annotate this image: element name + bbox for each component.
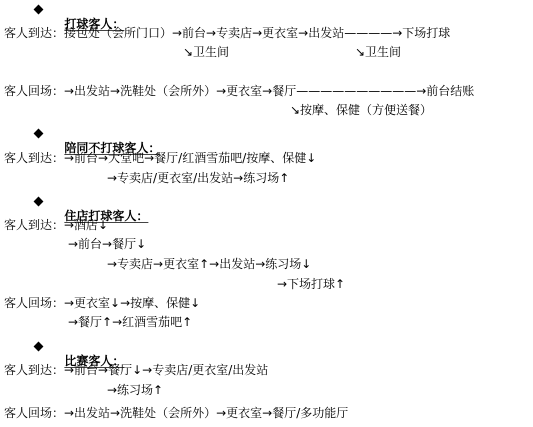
hotel-arrival-flow-2: →前台→餐厅↓	[68, 237, 146, 251]
tournament-arrival-flow-2: →练习场↑	[107, 383, 163, 397]
tournament-return-flow: 客人回场：→出发站→洗鞋处（会所外）→更衣室→餐厅/多功能厅	[4, 406, 348, 420]
hotel-return-flow-1: 客人回场：→更衣室↓→按摩、保健↓	[4, 296, 200, 310]
golf-return-massage-branch: ↘按摩、保健（方便送餐）	[290, 103, 432, 117]
hotel-arrival-flow-4: →下场打球↑	[277, 277, 345, 291]
diamond-bullet-icon	[34, 129, 44, 139]
diamond-bullet-icon	[34, 5, 44, 15]
golf-arrival-restroom-branch-1: ↘卫生间	[183, 45, 229, 59]
diamond-bullet-icon	[34, 342, 44, 352]
golf-return-flow: 客人回场：→出发站→洗鞋处（会所外）→更衣室→餐厅——————————→前台结账	[4, 84, 474, 98]
hotel-return-flow-2: →餐厅↑→红酒雪茄吧↑	[68, 315, 192, 329]
tournament-arrival-flow-1: 客人到达：→前台→餐厅↓→专卖店/更衣室/出发站	[4, 363, 268, 377]
golf-arrival-flow: 客人到达：接包处（会所门口）→前台→专卖店→更衣室→出发站————→下场打球	[4, 26, 450, 40]
golf-arrival-restroom-branch-2: ↘卫生间	[355, 45, 401, 59]
hotel-arrival-flow-3: →专卖店→更衣室↑→出发站→练习场↓	[107, 257, 311, 271]
companion-arrival-flow: 客人到达：→前台→大堂吧→餐厅/红酒雪茄吧/按摩、保健↓	[4, 151, 316, 165]
diamond-bullet-icon	[34, 197, 44, 207]
companion-arrival-flow-2: →专卖店/更衣室/出发站→练习场↑	[107, 171, 289, 185]
hotel-arrival-flow-1: 客人到达：→酒店↓	[4, 218, 108, 232]
